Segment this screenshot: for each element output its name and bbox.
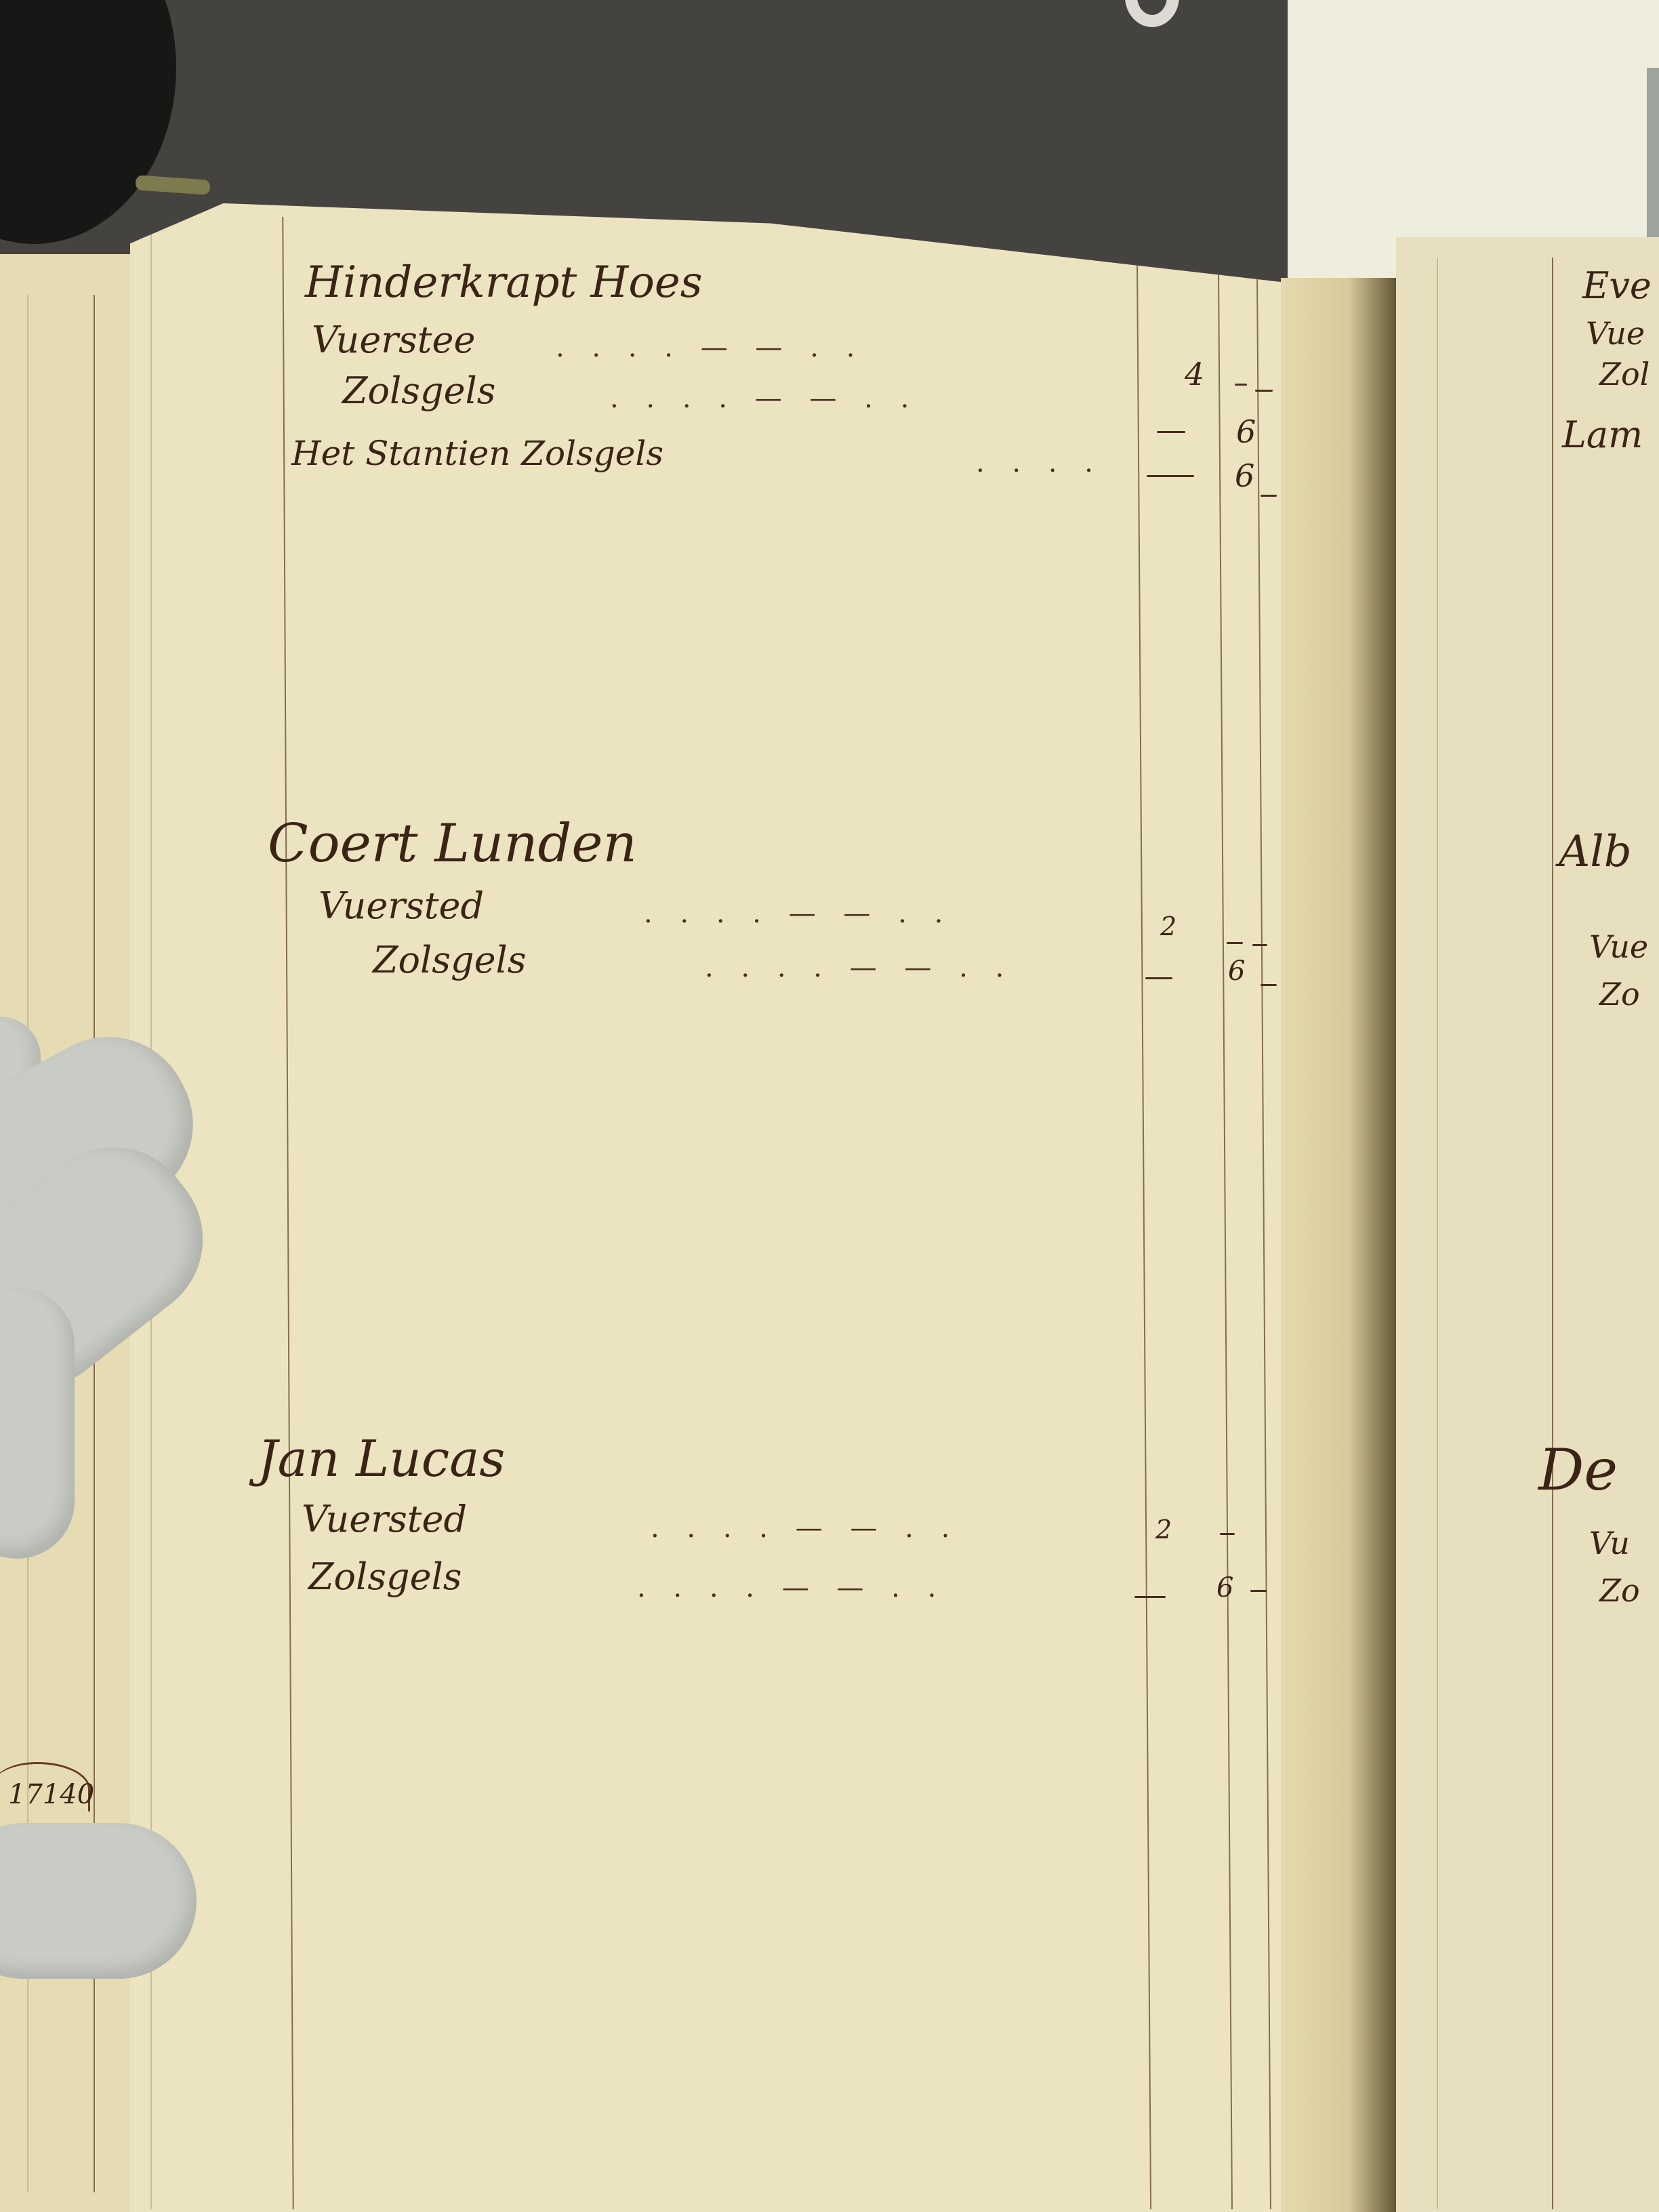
right-page-partial	[1396, 237, 1659, 2212]
left-margin-rule	[282, 217, 293, 2209]
right-entry-line: Zol	[1599, 356, 1650, 392]
amount-dash	[1250, 1590, 1267, 1592]
entry-line-label: Zolsgels	[373, 939, 527, 981]
amount-dash	[1157, 431, 1185, 433]
right-page-rule-faint	[1437, 258, 1438, 2209]
entry-line-label: Zolsgels	[342, 369, 496, 412]
entry-line-label: Het Stantien Zolsgels	[291, 434, 663, 473]
right-entry-line: Lam	[1562, 413, 1643, 456]
amount-col1: 2	[1160, 912, 1176, 941]
column-rule-3	[1256, 278, 1271, 2209]
amount-dash	[1255, 390, 1273, 392]
right-entry-name: De	[1538, 1437, 1618, 1503]
leader-dots: . . . . — — . .	[556, 332, 864, 363]
amount-dash	[1261, 984, 1277, 986]
right-entry-name: Eve	[1582, 264, 1652, 307]
entry-line-label: Vuersted	[302, 1498, 467, 1540]
leader-dots: . . . . — — . .	[610, 383, 918, 414]
entry-line-label: Vuerstee	[312, 319, 475, 361]
entry-line-label: Zolsgels	[308, 1555, 462, 1598]
right-entry-line: Vue	[1586, 315, 1645, 352]
right-entry-line: Zo	[1599, 976, 1640, 1012]
entry-name: Jan Lucas	[258, 1430, 505, 1488]
entry-line-label: Vuersted	[319, 884, 484, 927]
amount-col1: 2	[1155, 1515, 1172, 1544]
glove-thumb	[0, 1823, 197, 1979]
leader-dots: . . . . — — . .	[651, 1513, 959, 1544]
amount-dash	[1227, 942, 1243, 944]
leader-dots: . . . . — — . .	[637, 1572, 945, 1603]
amount-dash	[1134, 1596, 1166, 1598]
amount-dash	[1147, 475, 1194, 477]
leader-dots: . . . . — — . .	[644, 898, 952, 929]
margin-number: 17140	[8, 1779, 94, 1810]
amount-col1: 4	[1185, 356, 1204, 392]
amount-col2: 6	[1235, 457, 1254, 494]
right-entry-name: Alb	[1559, 827, 1632, 877]
amount-col2: 6	[1216, 1572, 1233, 1603]
leader-dots: . . . .	[976, 447, 1103, 478]
amount-dash	[1145, 977, 1172, 979]
right-entry-line: Vue	[1589, 928, 1648, 965]
amount-dash	[1261, 495, 1277, 497]
amount-dash	[1252, 944, 1267, 946]
main-ledger-page	[130, 203, 1296, 2212]
column-rule-2	[1218, 271, 1233, 2209]
entry-name: Coert Lunden	[268, 813, 637, 874]
amount-dash	[1235, 384, 1247, 386]
amount-col2: 6	[1236, 413, 1256, 450]
right-entry-line: Zo	[1599, 1572, 1640, 1609]
right-entry-line: Vu	[1589, 1525, 1630, 1561]
amount-col2: 6	[1228, 956, 1245, 987]
glove-palm	[0, 1288, 75, 1559]
right-page-rule	[1552, 258, 1553, 2209]
entry-name: Hinderkrapt Hoes	[305, 258, 703, 308]
amount-dash	[1220, 1533, 1235, 1535]
column-rule-1	[1136, 251, 1151, 2209]
leader-dots: . . . . — — . .	[705, 952, 1013, 983]
book-gutter	[1281, 278, 1403, 2212]
